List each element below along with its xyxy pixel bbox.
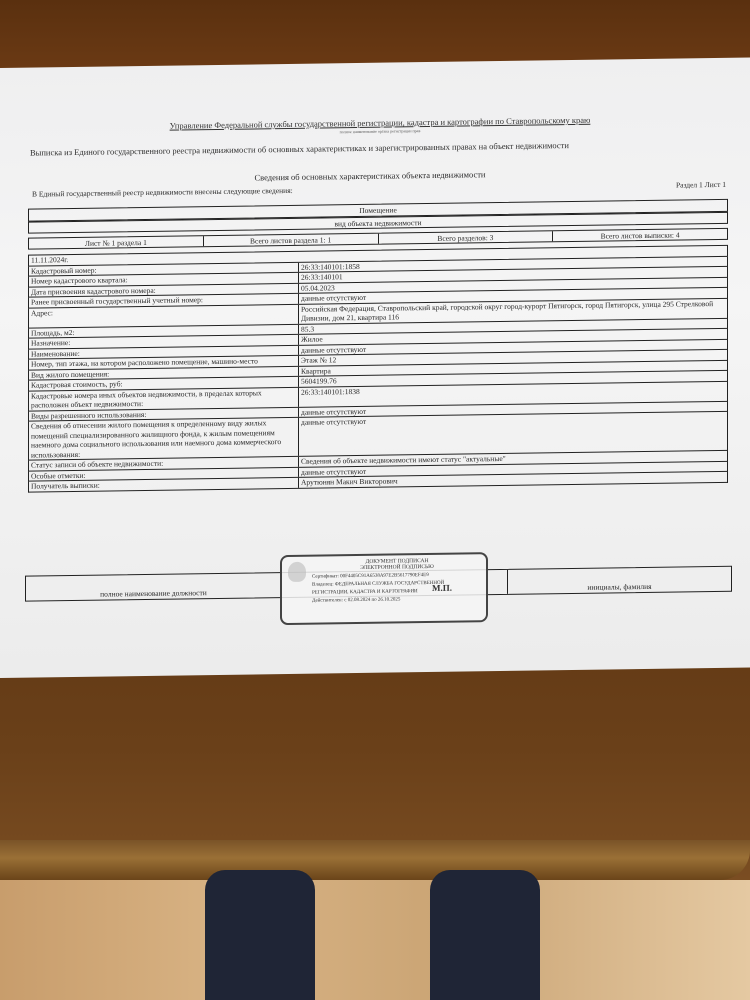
name-cell: инициалы, фамилия [508, 567, 731, 594]
section-sheets-total: Всего листов раздела 1: 1 [204, 234, 379, 246]
registry-extract-document: Управление Федеральной службы государств… [0, 58, 750, 678]
intro-text: В Единый государственный реестр недвижим… [32, 186, 293, 199]
extract-sheets-total: Всего листов выписки: 4 [553, 229, 727, 241]
person-leg-left [205, 870, 315, 1000]
characteristics-table: 11.11.2024г. Кадастровый номер:26:33:140… [28, 245, 728, 492]
section-reference: Раздел 1 Лист 1 [676, 180, 726, 190]
sheet-number: Лист № 1 раздела 1 [29, 236, 204, 248]
row-value: данные отсутствуют [299, 412, 727, 456]
electronic-signature-stamp: ДОКУМЕНТ ПОДПИСАН ЭЛЕКТРОННОЙ ПОДПИСЬЮ М… [280, 552, 488, 625]
position-cell: полное наименование должности [26, 573, 282, 601]
row-label: Сведения об отнесении жилого помещения к… [29, 418, 299, 460]
floor [0, 880, 750, 1000]
extract-title: Выписка из Единого государственного реес… [30, 138, 730, 158]
position-caption: полное наименование должности [26, 587, 281, 600]
name-caption: инициалы, фамилия [508, 581, 731, 593]
row-label: Кадастровые номера иных объектов недвижи… [29, 387, 299, 410]
coat-of-arms-icon [288, 562, 306, 582]
stamp-subtitle: ЭЛЕКТРОННОЙ ПОДПИСЬЮ [312, 563, 482, 571]
person-leg-right [430, 870, 540, 1000]
section-title: Сведения об основных характеристиках объ… [30, 166, 710, 185]
row-label: Адрес: [29, 304, 299, 327]
table-edge [0, 840, 750, 880]
stamp-seal-mark: М.П. [432, 583, 452, 593]
sections-total: Всего разделов: 3 [379, 231, 554, 243]
stamp-validity: Действителен: с 02.08.2024 по 26.10.2025 [312, 595, 482, 605]
